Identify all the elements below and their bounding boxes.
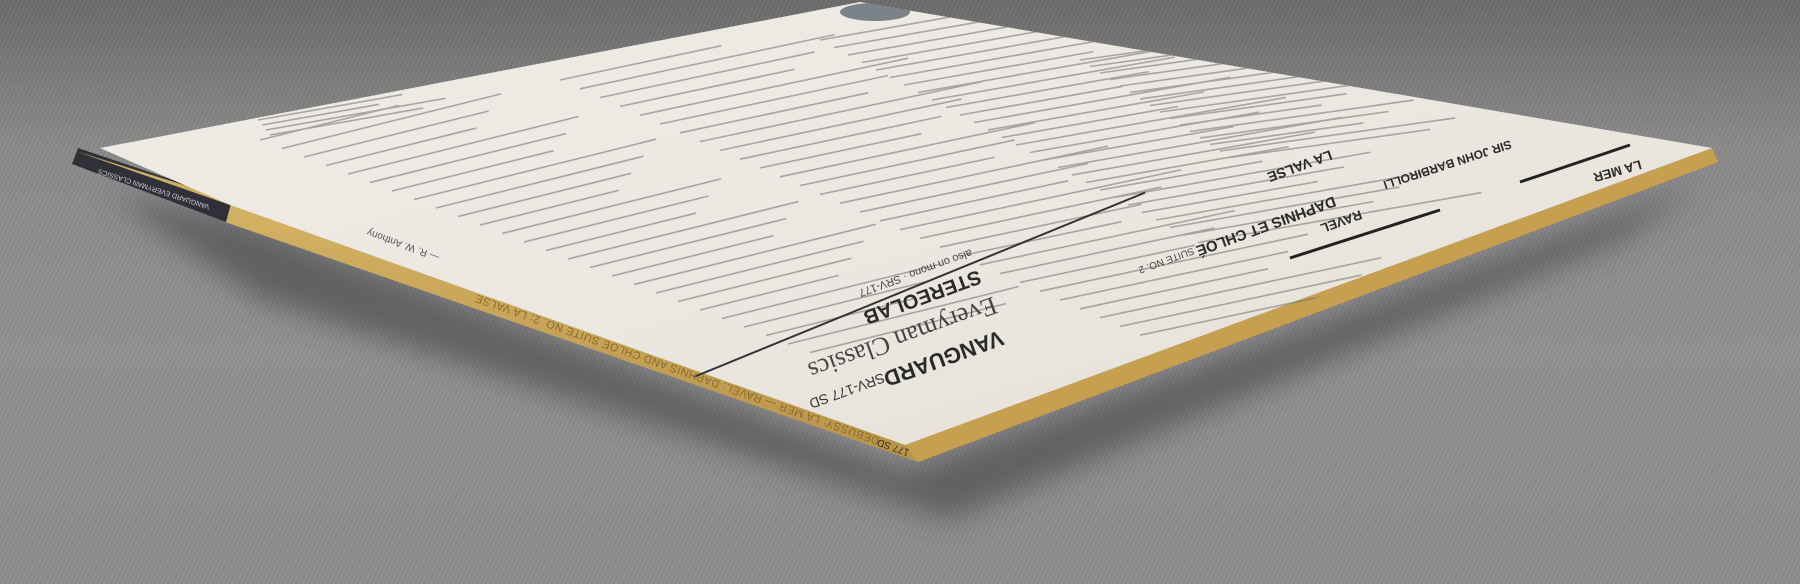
record-jacket: VANGUARD SRV-177 SD Everyman Classics ST…: [0, 0, 1800, 584]
sticker-mark: [840, 3, 910, 21]
photo-scene: VANGUARD SRV-177 SD Everyman Classics ST…: [0, 0, 1800, 584]
